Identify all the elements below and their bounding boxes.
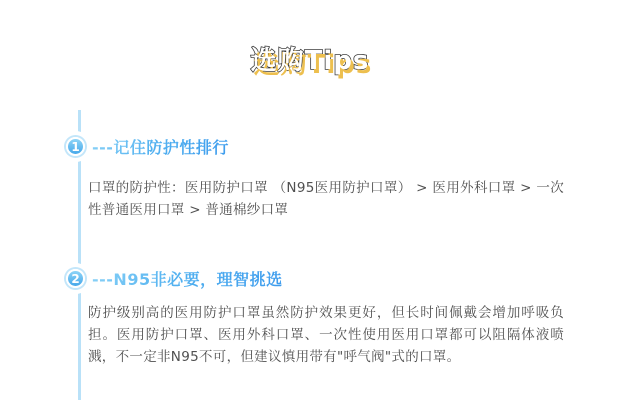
- tip-1-body-text: 口罩的防护性：医用防护口罩 （N95医用防护口罩） > 医用外科口罩 > 一次性…: [88, 177, 564, 221]
- tip-2-number-badge: 2: [66, 269, 85, 288]
- page-title: 选购Tips: [0, 40, 620, 77]
- tip-1-number-badge: 1: [66, 137, 85, 156]
- tip-1-heading: ---记住防护性排行: [92, 135, 229, 158]
- tip-2-heading: ---N95非必要，理智挑选: [92, 267, 283, 290]
- tips-infographic-page: 选购Tips 1 ---记住防护性排行 口罩的防护性：医用防护口罩 （N95医用…: [0, 0, 620, 400]
- tip-1-header: 1 ---记住防护性排行: [66, 135, 229, 158]
- tip-2-header: 2 ---N95非必要，理智挑选: [66, 267, 283, 290]
- tip-2-body-text: 防护级别高的医用防护口罩虽然防护效果更好，但长时间佩戴会增加呼吸负担。医用防护口…: [88, 302, 564, 368]
